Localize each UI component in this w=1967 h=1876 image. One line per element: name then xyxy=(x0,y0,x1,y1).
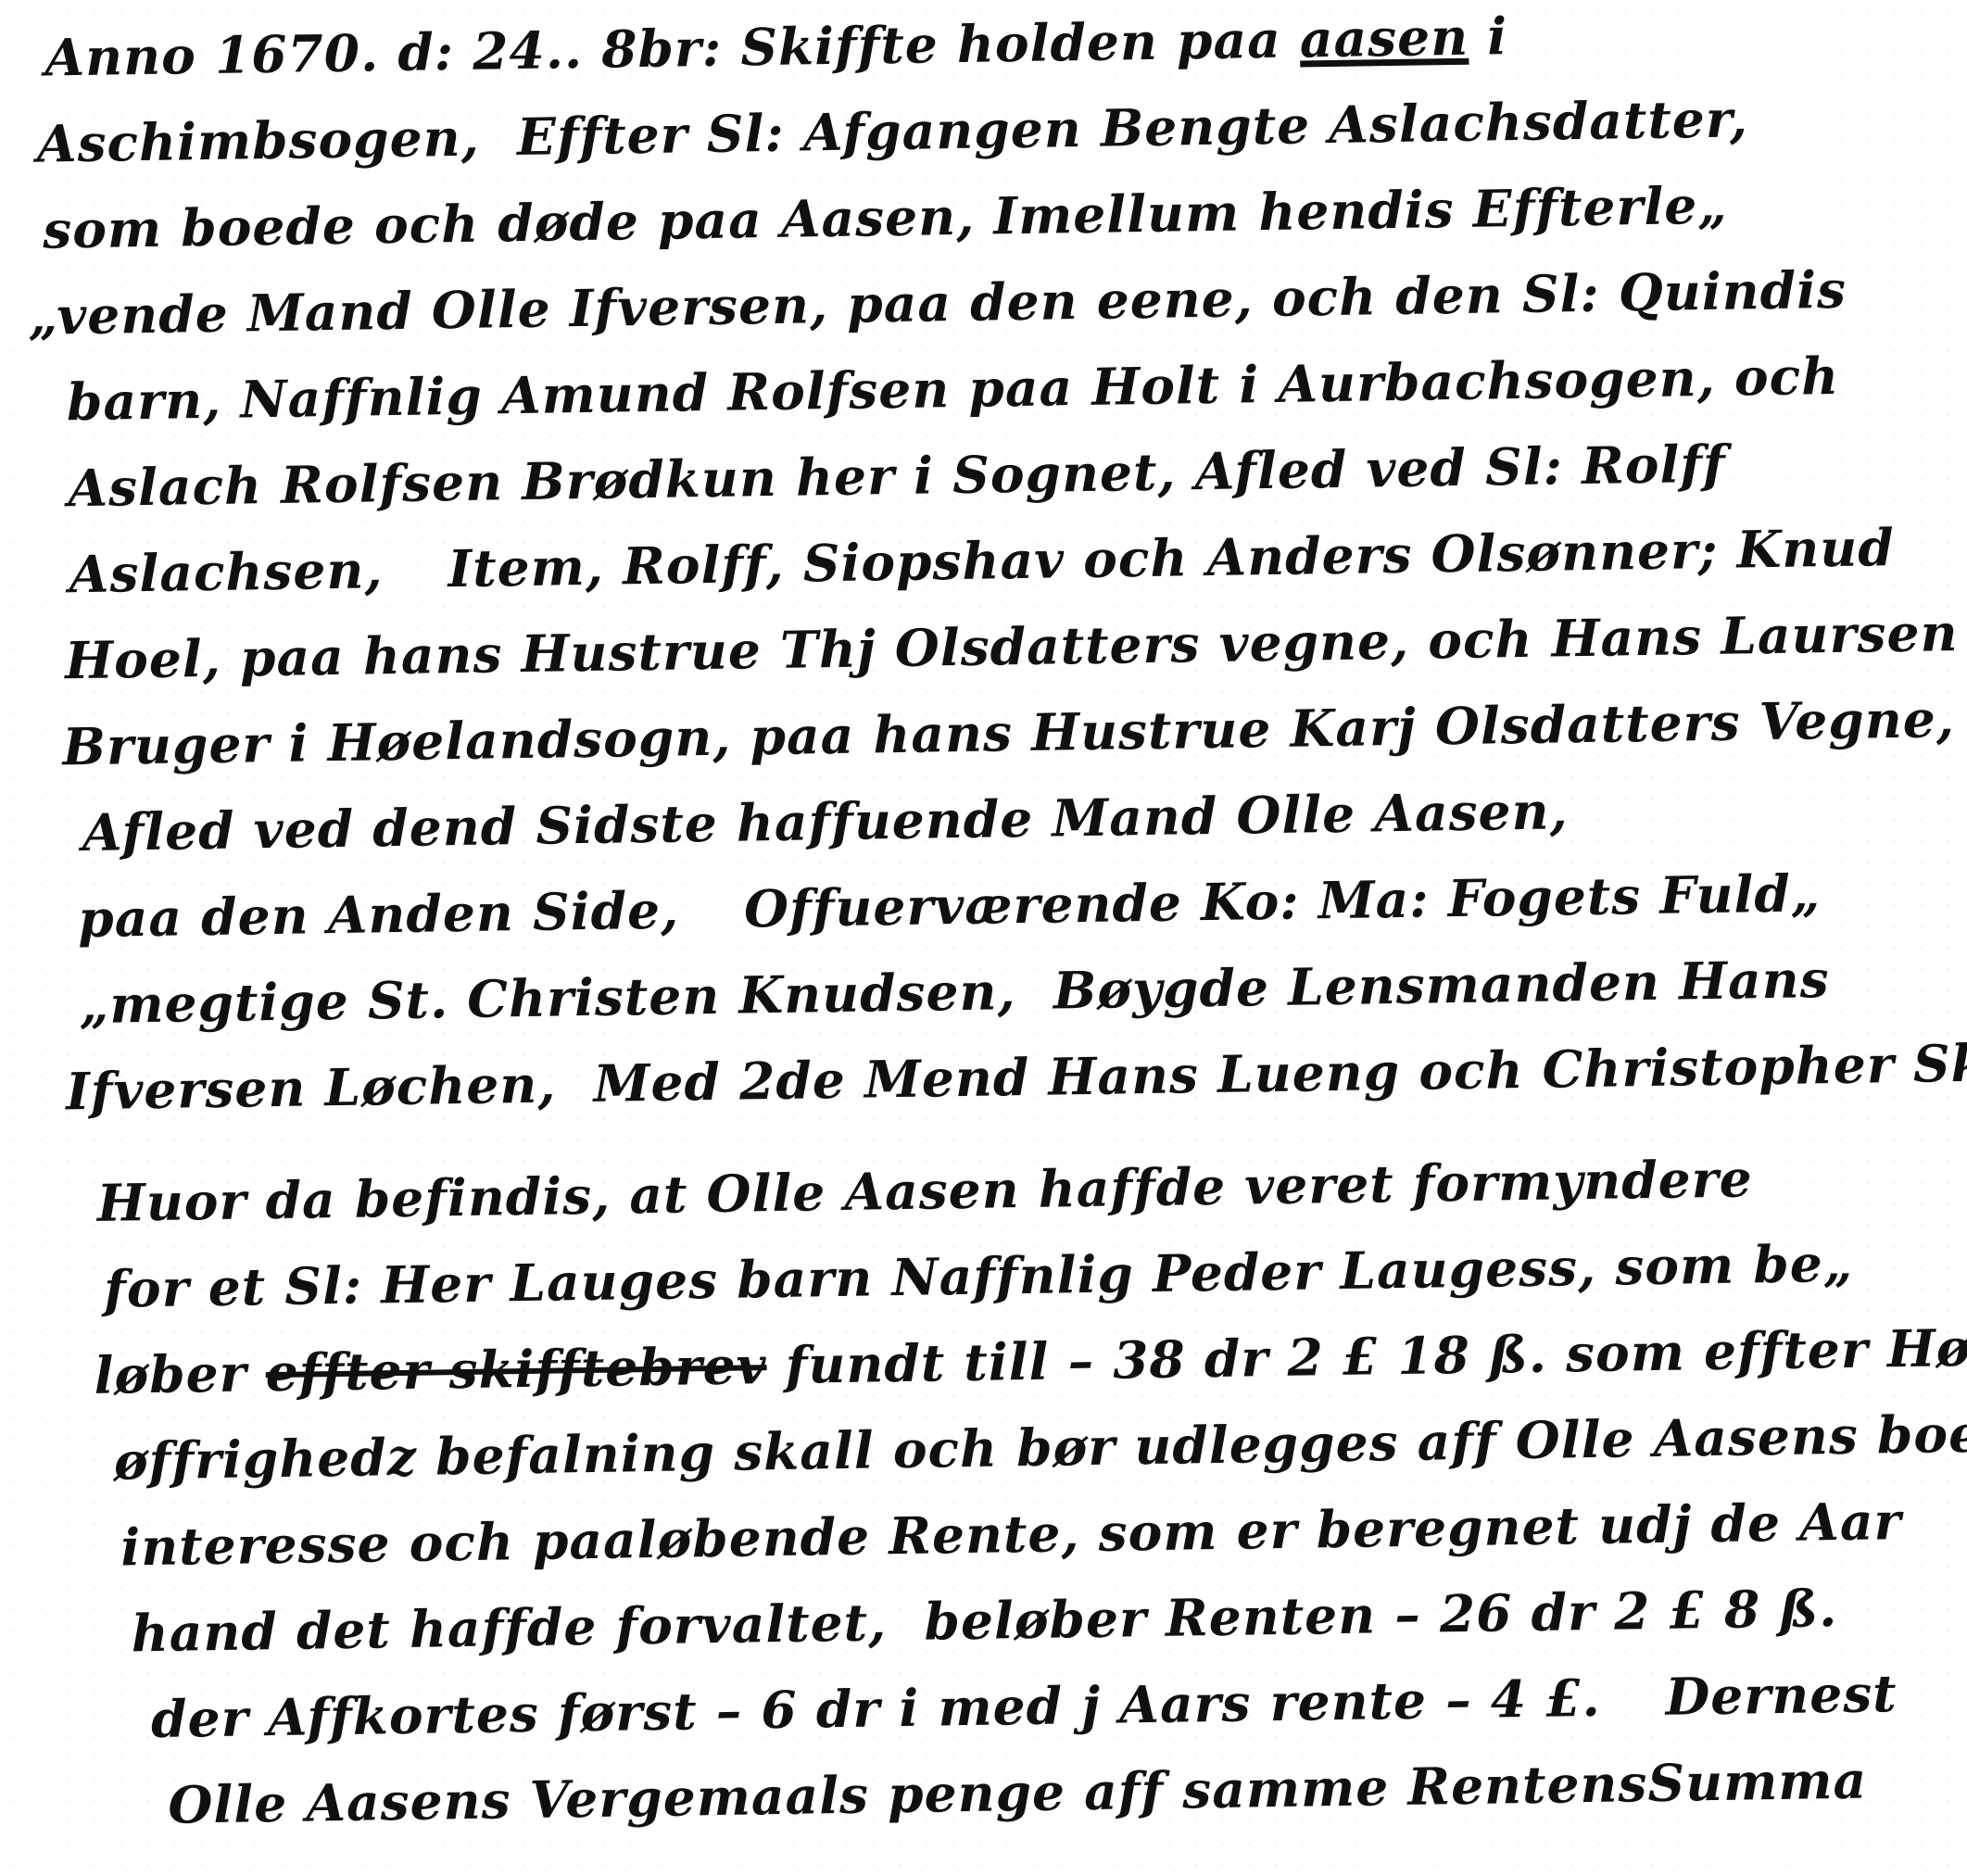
handwritten-text: Aslachsen, xyxy=(69,539,384,604)
manuscript-sheet: Anno 1670. d: 24.. 8br: Skiffte holden p… xyxy=(17,0,1967,1863)
handwritten-text: Summa xyxy=(1647,1750,1868,1814)
handwritten-text: Dernest xyxy=(1665,1663,1898,1727)
manuscript-page: Anno 1670. d: 24.. 8br: Skiffte holden p… xyxy=(0,0,1967,1876)
struck-text: effter skifftebrev xyxy=(265,1335,767,1403)
underlined-text: aasen xyxy=(1299,6,1469,69)
handwritten-text: paa den Anden Side, xyxy=(78,879,680,949)
handwritten-text: Anno 1670. d: 24.. 8br: Skiffte holden p… xyxy=(44,8,1300,87)
handwritten-text: Huor da befindis, at Olle Aasen haffde v… xyxy=(96,1148,1753,1233)
handwritten-text: løber xyxy=(94,1342,266,1405)
handwritten-text: i xyxy=(1469,6,1508,67)
